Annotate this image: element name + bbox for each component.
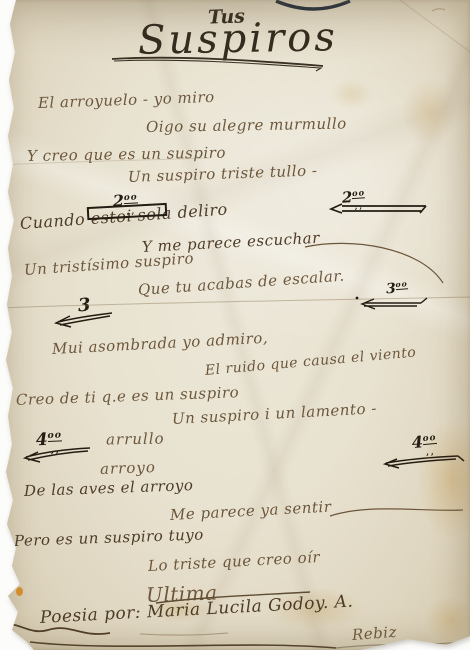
top-arc-ink-mark — [276, 1, 350, 9]
poem-line-10: El ruido que causa el viento — [204, 345, 417, 379]
stanza-mark-2-left: 2oo,, — [112, 192, 138, 213]
poem-line-15: Pero es un suspiro tuyo — [14, 525, 204, 550]
faint-mark — [432, 9, 445, 11]
poem-line-16: Lo triste que creo oír — [148, 548, 321, 575]
poem-title-suspiros: Suspiros — [138, 14, 339, 63]
stanza-mark-2-right: 2oo,, — [341, 188, 366, 210]
word-note-arrullo: arrullo — [106, 429, 165, 448]
poem-line-8: Que tu acabas de escalar. — [137, 267, 345, 299]
ink-spot — [16, 587, 23, 596]
scanned-page-background: Tus Suspiros El arroyuelo - yo miro Oigo… — [0, 0, 470, 650]
word-note-arroyo: arroyo — [100, 458, 156, 478]
stain — [402, 78, 457, 148]
stanza-mark-3-right: 3oo — [386, 280, 409, 296]
poem-line-11: Creo de ti q.e es un suspiro — [16, 383, 240, 409]
poem-line-14: Me parece ya sentir — [170, 498, 332, 524]
poem-line-7: Un tristísimo suspiro — [23, 249, 194, 279]
poem-line-2: Oigo su alegre murmullo — [146, 114, 347, 136]
poem-line-12: Un suspiro i un lamento - — [172, 399, 378, 428]
paper-shadow: Tus Suspiros El arroyuelo - yo miro Oigo… — [0, 0, 470, 650]
poem-line-13: De las aves el arroyo — [24, 476, 194, 500]
manuscript-paper: Tus Suspiros El arroyuelo - yo miro Oigo… — [0, 0, 470, 650]
stain — [330, 78, 374, 110]
stain — [426, 596, 470, 644]
poem-line-1: El arroyuelo - yo miro — [38, 88, 215, 112]
stanza-mark-4-right: 4oo,, — [411, 433, 438, 455]
stanza-mark-3-left: 3 — [77, 297, 91, 316]
poem-line-9: Mui asombrada yo admiro, — [52, 329, 269, 358]
attribution-second-line: Rebiz — [351, 623, 397, 644]
poem-line-3: Y creo que es un suspiro — [27, 144, 226, 165]
stanza-mark-4-left: 4oo,, — [35, 430, 62, 453]
poem-line-4: Un suspiro triste tullo - — [128, 161, 318, 186]
